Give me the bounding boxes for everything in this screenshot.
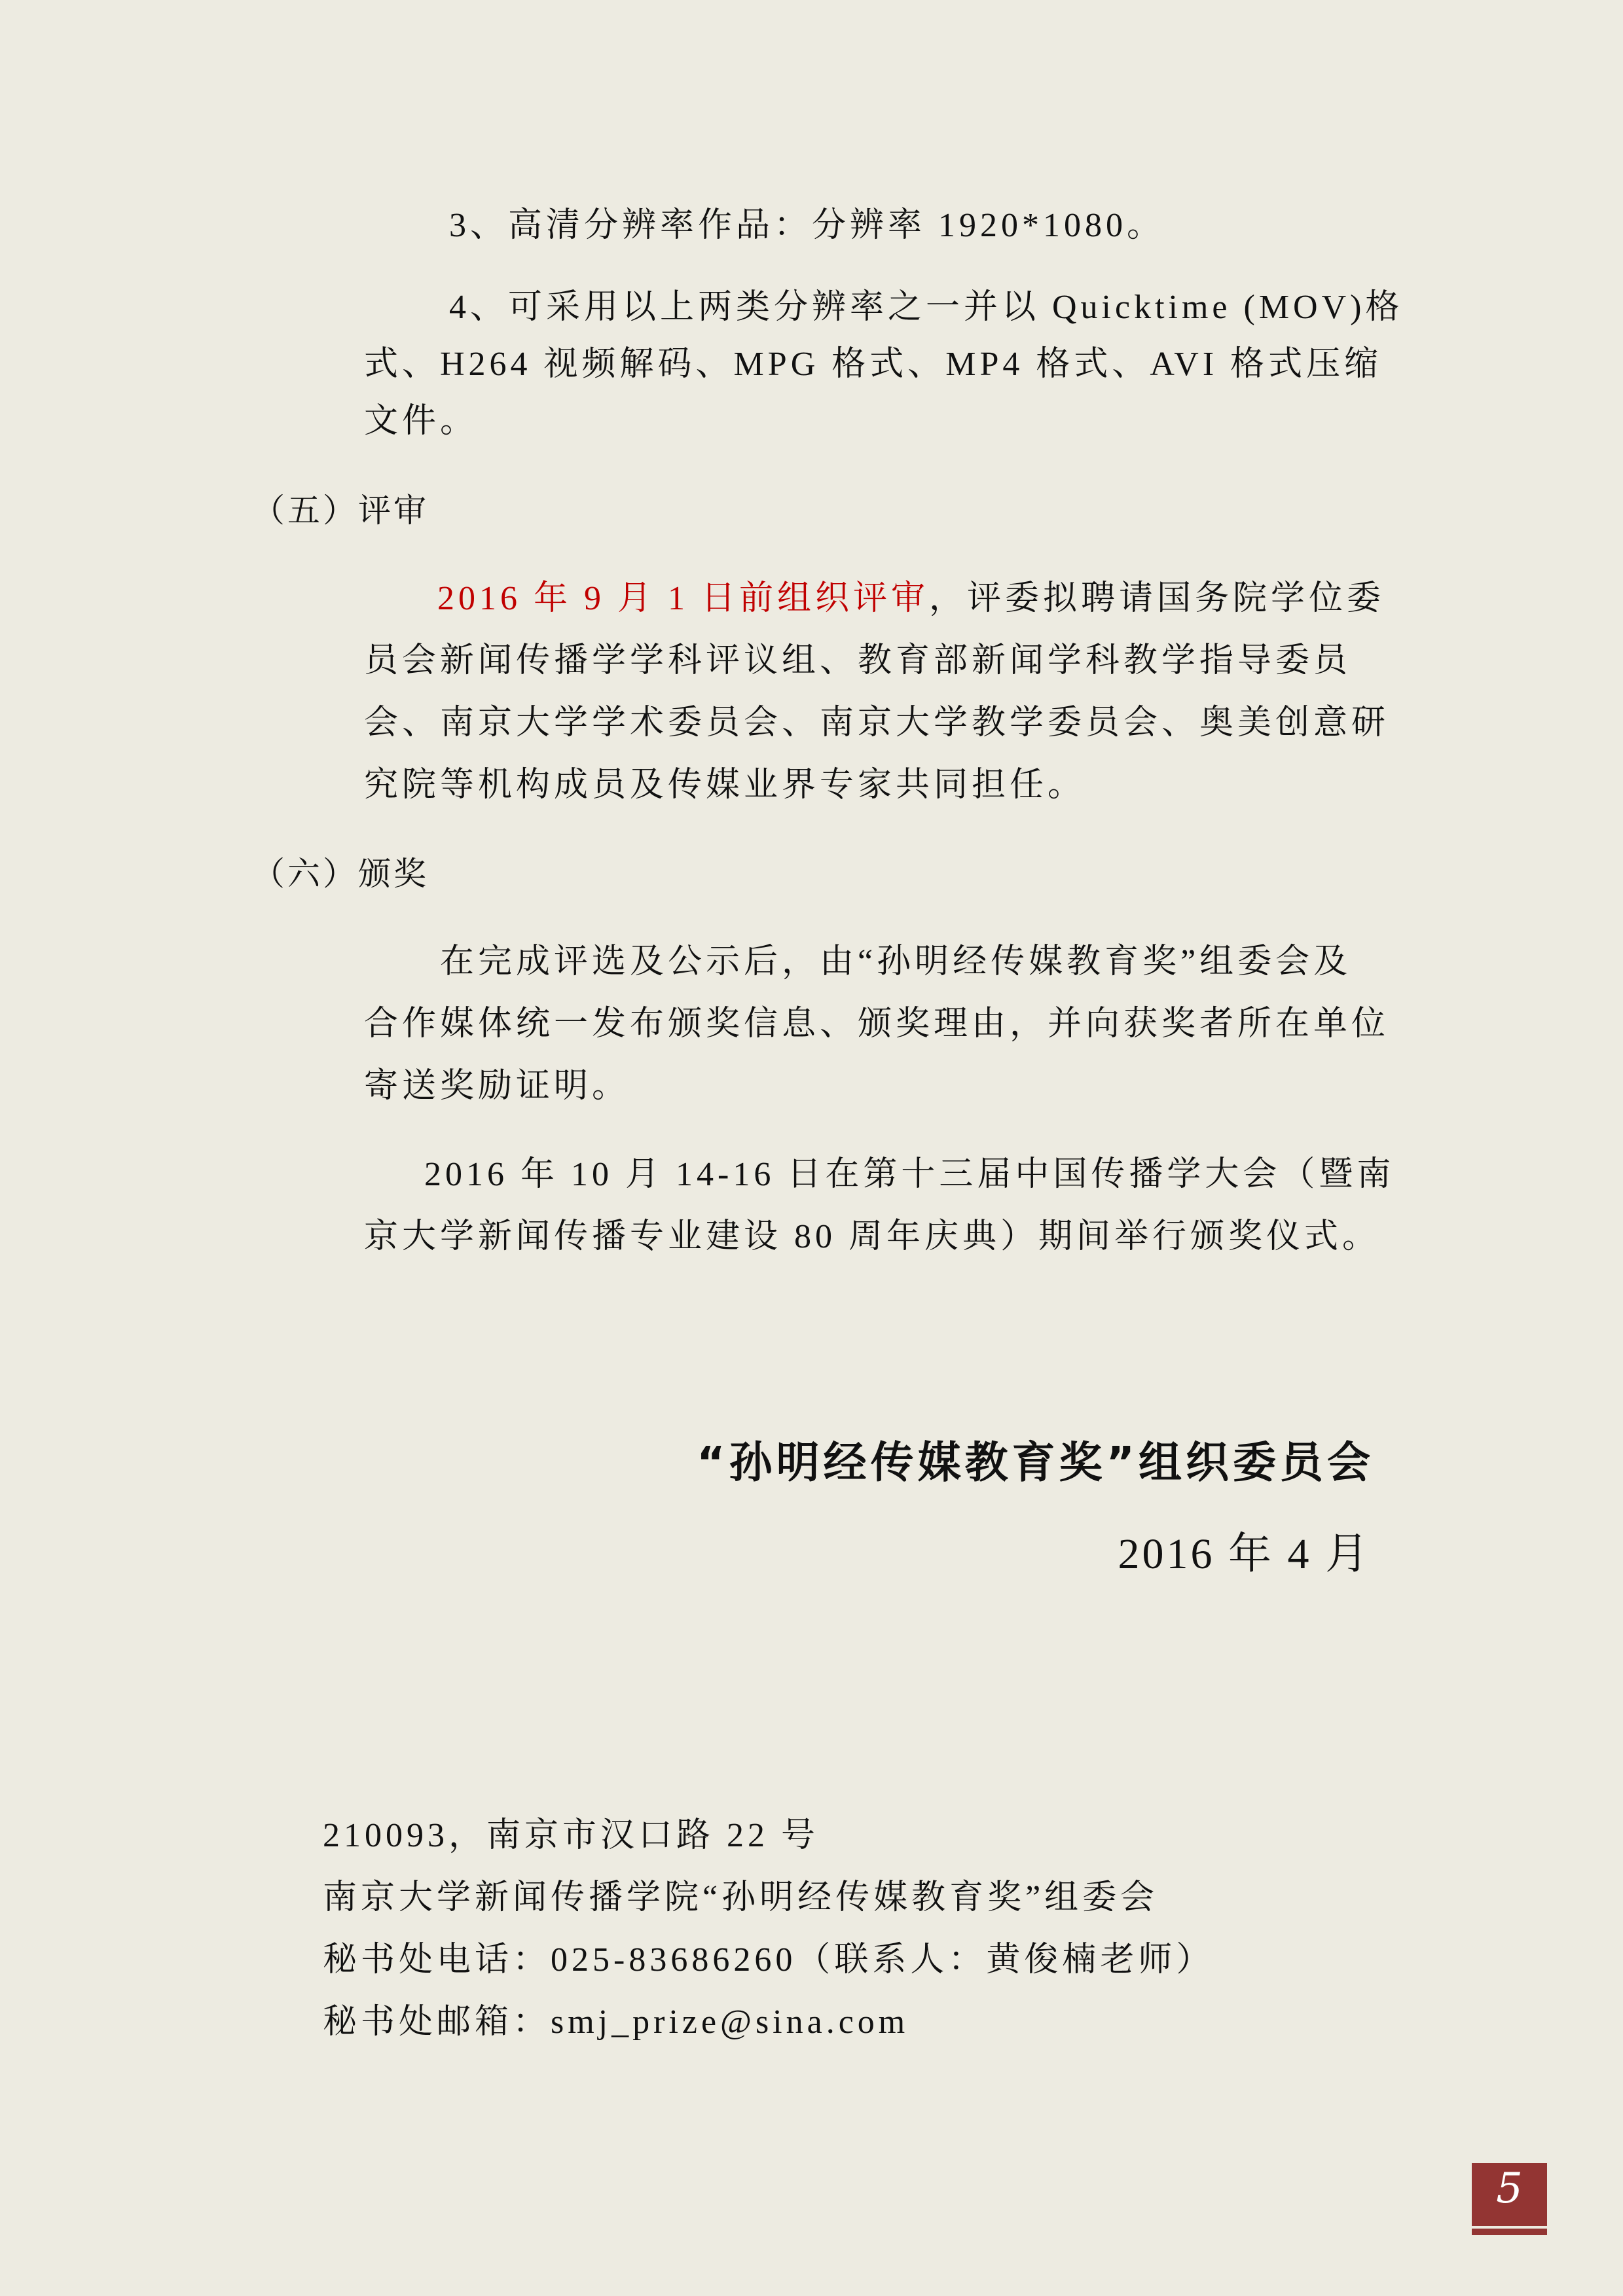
contact-office: 南京大学新闻传播学院“孙明经传媒教育奖”组委会 — [323, 1878, 1158, 1918]
item-3: 3、高清分辨率作品：分辨率 1920*1080。 — [449, 206, 1165, 245]
section-six-para2-line-1: 2016 年 10 月 14-16 日在第十三届中国传播学大会（暨南 — [424, 1155, 1395, 1194]
section-six-para1-line-1: 在完成评选及公示后，由“孙明经传媒教育奖”组委会及 — [440, 942, 1351, 982]
signature-organization: “孙明经传媒教育奖”组织委员会 — [697, 1443, 1374, 1482]
item-4-line-2: 式、H264 视频解码、MPG 格式、MP4 格式、AVI 格式压缩 — [364, 345, 1382, 384]
contact-address: 210093，南京市汉口路 22 号 — [323, 1816, 819, 1856]
section-five-line-1-rest: ，评委拟聘请国务院学位委 — [929, 580, 1385, 617]
signature-date: 2016 年 4 月 — [1118, 1535, 1372, 1574]
section-five-line-4: 究院等机构成员及传媒业界专家共同担任。 — [364, 766, 1085, 805]
review-date-highlight: 2016 年 9 月 1 日前组织评审 — [437, 580, 929, 617]
section-five-heading: （五）评审 — [252, 491, 429, 530]
section-six-heading: （六）颁奖 — [252, 854, 429, 893]
section-five-line-2: 员会新闻传播学学科评议组、教育部新闻学科教学指导委员 — [364, 641, 1351, 681]
section-five-line-3: 会、南京大学学术委员会、南京大学教学委员会、奥美创意研 — [364, 704, 1389, 743]
page-number-badge: 5 — [1472, 2163, 1547, 2226]
section-six-para1-line-3: 寄送奖励证明。 — [364, 1067, 630, 1106]
section-six-para2-line-2: 京大学新闻传播专业建设 80 周年庆典）期间举行颁奖仪式。 — [364, 1217, 1380, 1257]
contact-email: 秘书处邮箱：smj_prize@sina.com — [323, 2003, 909, 2042]
section-six-para1-line-2: 合作媒体统一发布颁奖信息、颁奖理由，并向获奖者所在单位 — [364, 1005, 1389, 1044]
contact-phone: 秘书处电话：025-83686260（联系人：黄俊楠老师） — [323, 1941, 1214, 1980]
section-five-line-1: 2016 年 9 月 1 日前组织评审，评委拟聘请国务院学位委 — [437, 579, 1385, 619]
page-number-underline — [1472, 2229, 1547, 2235]
item-4-line-1: 4、可采用以上两类分辨率之一并以 Quicktime (MOV)格 — [449, 288, 1403, 327]
item-4-line-3: 文件。 — [364, 402, 478, 441]
